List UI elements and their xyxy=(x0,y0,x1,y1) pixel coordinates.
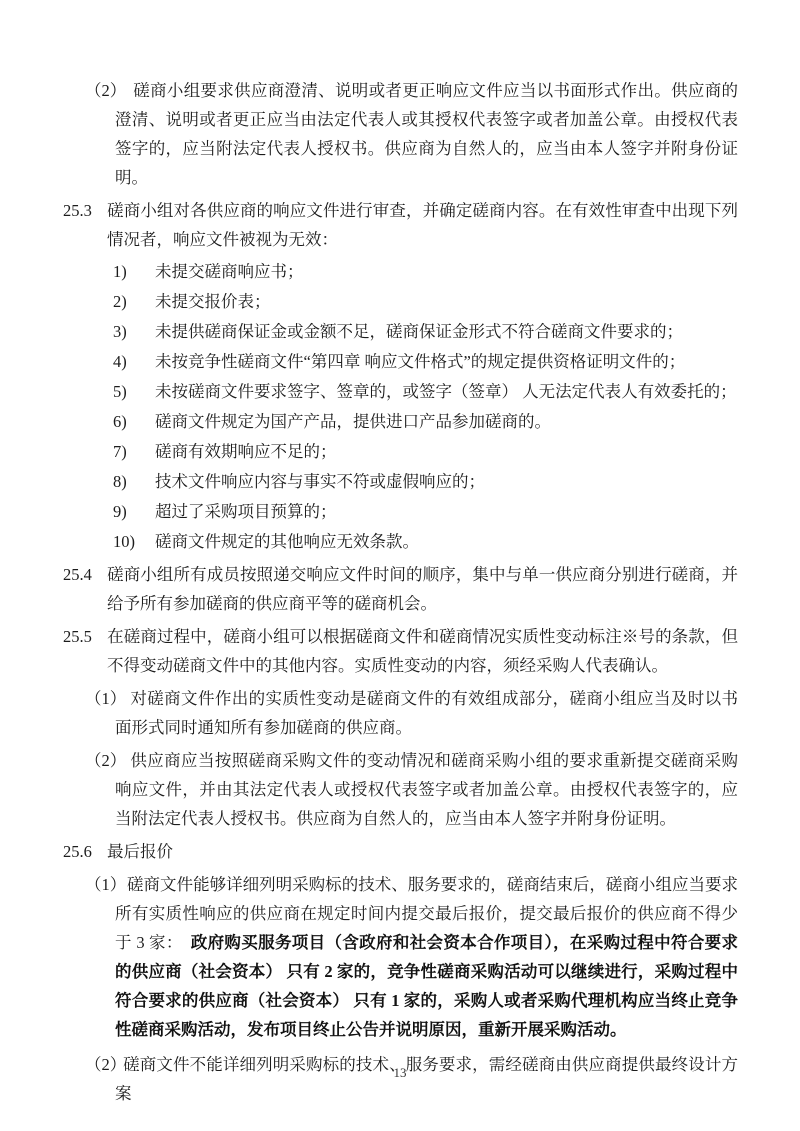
list-item-text: 未提交磋商响应书； xyxy=(155,262,304,281)
section-text: 在磋商过程中，磋商小组可以根据磋商文件和磋商情况实质性变动标注※号的条款，但不得… xyxy=(107,627,738,675)
page-number: 13 xyxy=(0,1064,800,1082)
list-item: 9)超过了采购项目预算的； xyxy=(113,497,738,526)
section-25-5: 25.5在磋商过程中，磋商小组可以根据磋商文件和磋商情况实质性变动标注※号的条款… xyxy=(63,622,738,680)
clause-text: 磋商小组要求供应商澄清、说明或者更正响应文件应当以书面形式作出。供应商的澄清、说… xyxy=(115,81,738,187)
list-item: 3)未提供磋商保证金或金额不足，磋商保证金形式不符合磋商文件要求的； xyxy=(113,317,738,346)
list-item: 2)未提交报价表； xyxy=(113,287,738,316)
list-item-text: 磋商文件规定为国产产品，提供进口产品参加磋商的。 xyxy=(155,412,551,431)
section-text: 最后报价 xyxy=(107,842,173,861)
clause-text: 供应商应当按照磋商采购文件的变动情况和磋商采购小组的要求重新提交磋商采购响应文件… xyxy=(115,751,738,828)
list-item-text: 技术文件响应内容与事实不符或虚假响应的； xyxy=(155,472,485,491)
list-item: 10)磋商文件规定的其他响应无效条款。 xyxy=(113,527,738,556)
invalid-response-list: 1)未提交磋商响应书； 2)未提交报价表； 3)未提供磋商保证金或金额不足，磋商… xyxy=(63,257,738,556)
list-item: 5)未按磋商文件要求签字、签章的，或签字（签章） 人无法定代表人有效委托的； xyxy=(113,377,738,406)
section-label: 25.4 xyxy=(63,560,107,589)
clause-supplier-clarification: （2）磋商小组要求供应商澄清、说明或者更正响应文件应当以书面形式作出。供应商的澄… xyxy=(85,76,738,192)
list-item-number: 3) xyxy=(113,317,155,346)
document-page: （2）磋商小组要求供应商澄清、说明或者更正响应文件应当以书面形式作出。供应商的澄… xyxy=(0,0,800,1131)
clause-substantive-change-1: （1）对磋商文件作出的实质性变动是磋商文件的有效组成部分，磋商小组应当及时以书面… xyxy=(85,684,738,742)
list-item-number: 1) xyxy=(113,257,155,286)
list-item-number: 10) xyxy=(113,527,155,556)
list-item: 4)未按竞争性磋商文件“第四章 响应文件格式”的规定提供资格证明文件的； xyxy=(113,347,738,376)
list-item-number: 8) xyxy=(113,467,155,496)
section-label: 25.5 xyxy=(63,622,107,651)
list-item: 8)技术文件响应内容与事实不符或虚假响应的； xyxy=(113,467,738,496)
list-item-text: 磋商有效期响应不足的； xyxy=(155,442,337,461)
list-item-number: 6) xyxy=(113,407,155,436)
list-item-number: 7) xyxy=(113,437,155,466)
list-item-text: 未提交报价表； xyxy=(155,292,271,311)
list-item-text: 未按竞争性磋商文件“第四章 响应文件格式”的规定提供资格证明文件的； xyxy=(155,352,685,371)
section-label: 25.6 xyxy=(63,837,107,866)
clause-label: （1） xyxy=(85,870,127,899)
list-item-number: 5) xyxy=(113,377,155,406)
section-text: 磋商小组所有成员按照递交响应文件时间的顺序，集中与单一供应商分别进行磋商，并给予… xyxy=(107,565,738,613)
list-item-text: 磋商文件规定的其他响应无效条款。 xyxy=(155,532,419,551)
clause-text: 对磋商文件作出的实质性变动是磋商文件的有效组成部分，磋商小组应当及时以书面形式同… xyxy=(115,689,738,737)
clause-text-bold: 政府购买服务项目（含政府和社会资本合作项目），在采购过程中符合要求的供应商（社会… xyxy=(115,933,738,1039)
list-item: 6)磋商文件规定为国产产品，提供进口产品参加磋商的。 xyxy=(113,407,738,436)
list-item-number: 4) xyxy=(113,347,155,376)
section-25-6: 25.6最后报价 xyxy=(63,837,738,866)
clause-label: （2） xyxy=(85,76,133,105)
section-label: 25.3 xyxy=(63,196,107,225)
list-item-text: 未按磋商文件要求签字、签章的，或签字（签章） 人无法定代表人有效委托的； xyxy=(155,382,737,401)
list-item-text: 未提供磋商保证金或金额不足，磋商保证金形式不符合磋商文件要求的； xyxy=(155,322,683,341)
section-25-3: 25.3磋商小组对各供应商的响应文件进行审查，并确定磋商内容。在有效性审查中出现… xyxy=(63,196,738,254)
list-item-text: 超过了采购项目预算的； xyxy=(155,502,337,521)
list-item-number: 9) xyxy=(113,497,155,526)
clause-label: （2） xyxy=(85,746,130,775)
clause-substantive-change-2: （2）供应商应当按照磋商采购文件的变动情况和磋商采购小组的要求重新提交磋商采购响… xyxy=(85,746,738,833)
section-text: 磋商小组对各供应商的响应文件进行审查，并确定磋商内容。在有效性审查中出现下列情况… xyxy=(107,201,738,249)
list-item: 7)磋商有效期响应不足的； xyxy=(113,437,738,466)
clause-final-quote-1: （1）磋商文件能够详细列明采购标的技术、服务要求的，磋商结束后，磋商小组应当要求… xyxy=(85,870,738,1044)
section-25-4: 25.4磋商小组所有成员按照递交响应文件时间的顺序，集中与单一供应商分别进行磋商… xyxy=(63,560,738,618)
list-item: 1)未提交磋商响应书； xyxy=(113,257,738,286)
list-item-number: 2) xyxy=(113,287,155,316)
clause-label: （1） xyxy=(85,684,130,713)
